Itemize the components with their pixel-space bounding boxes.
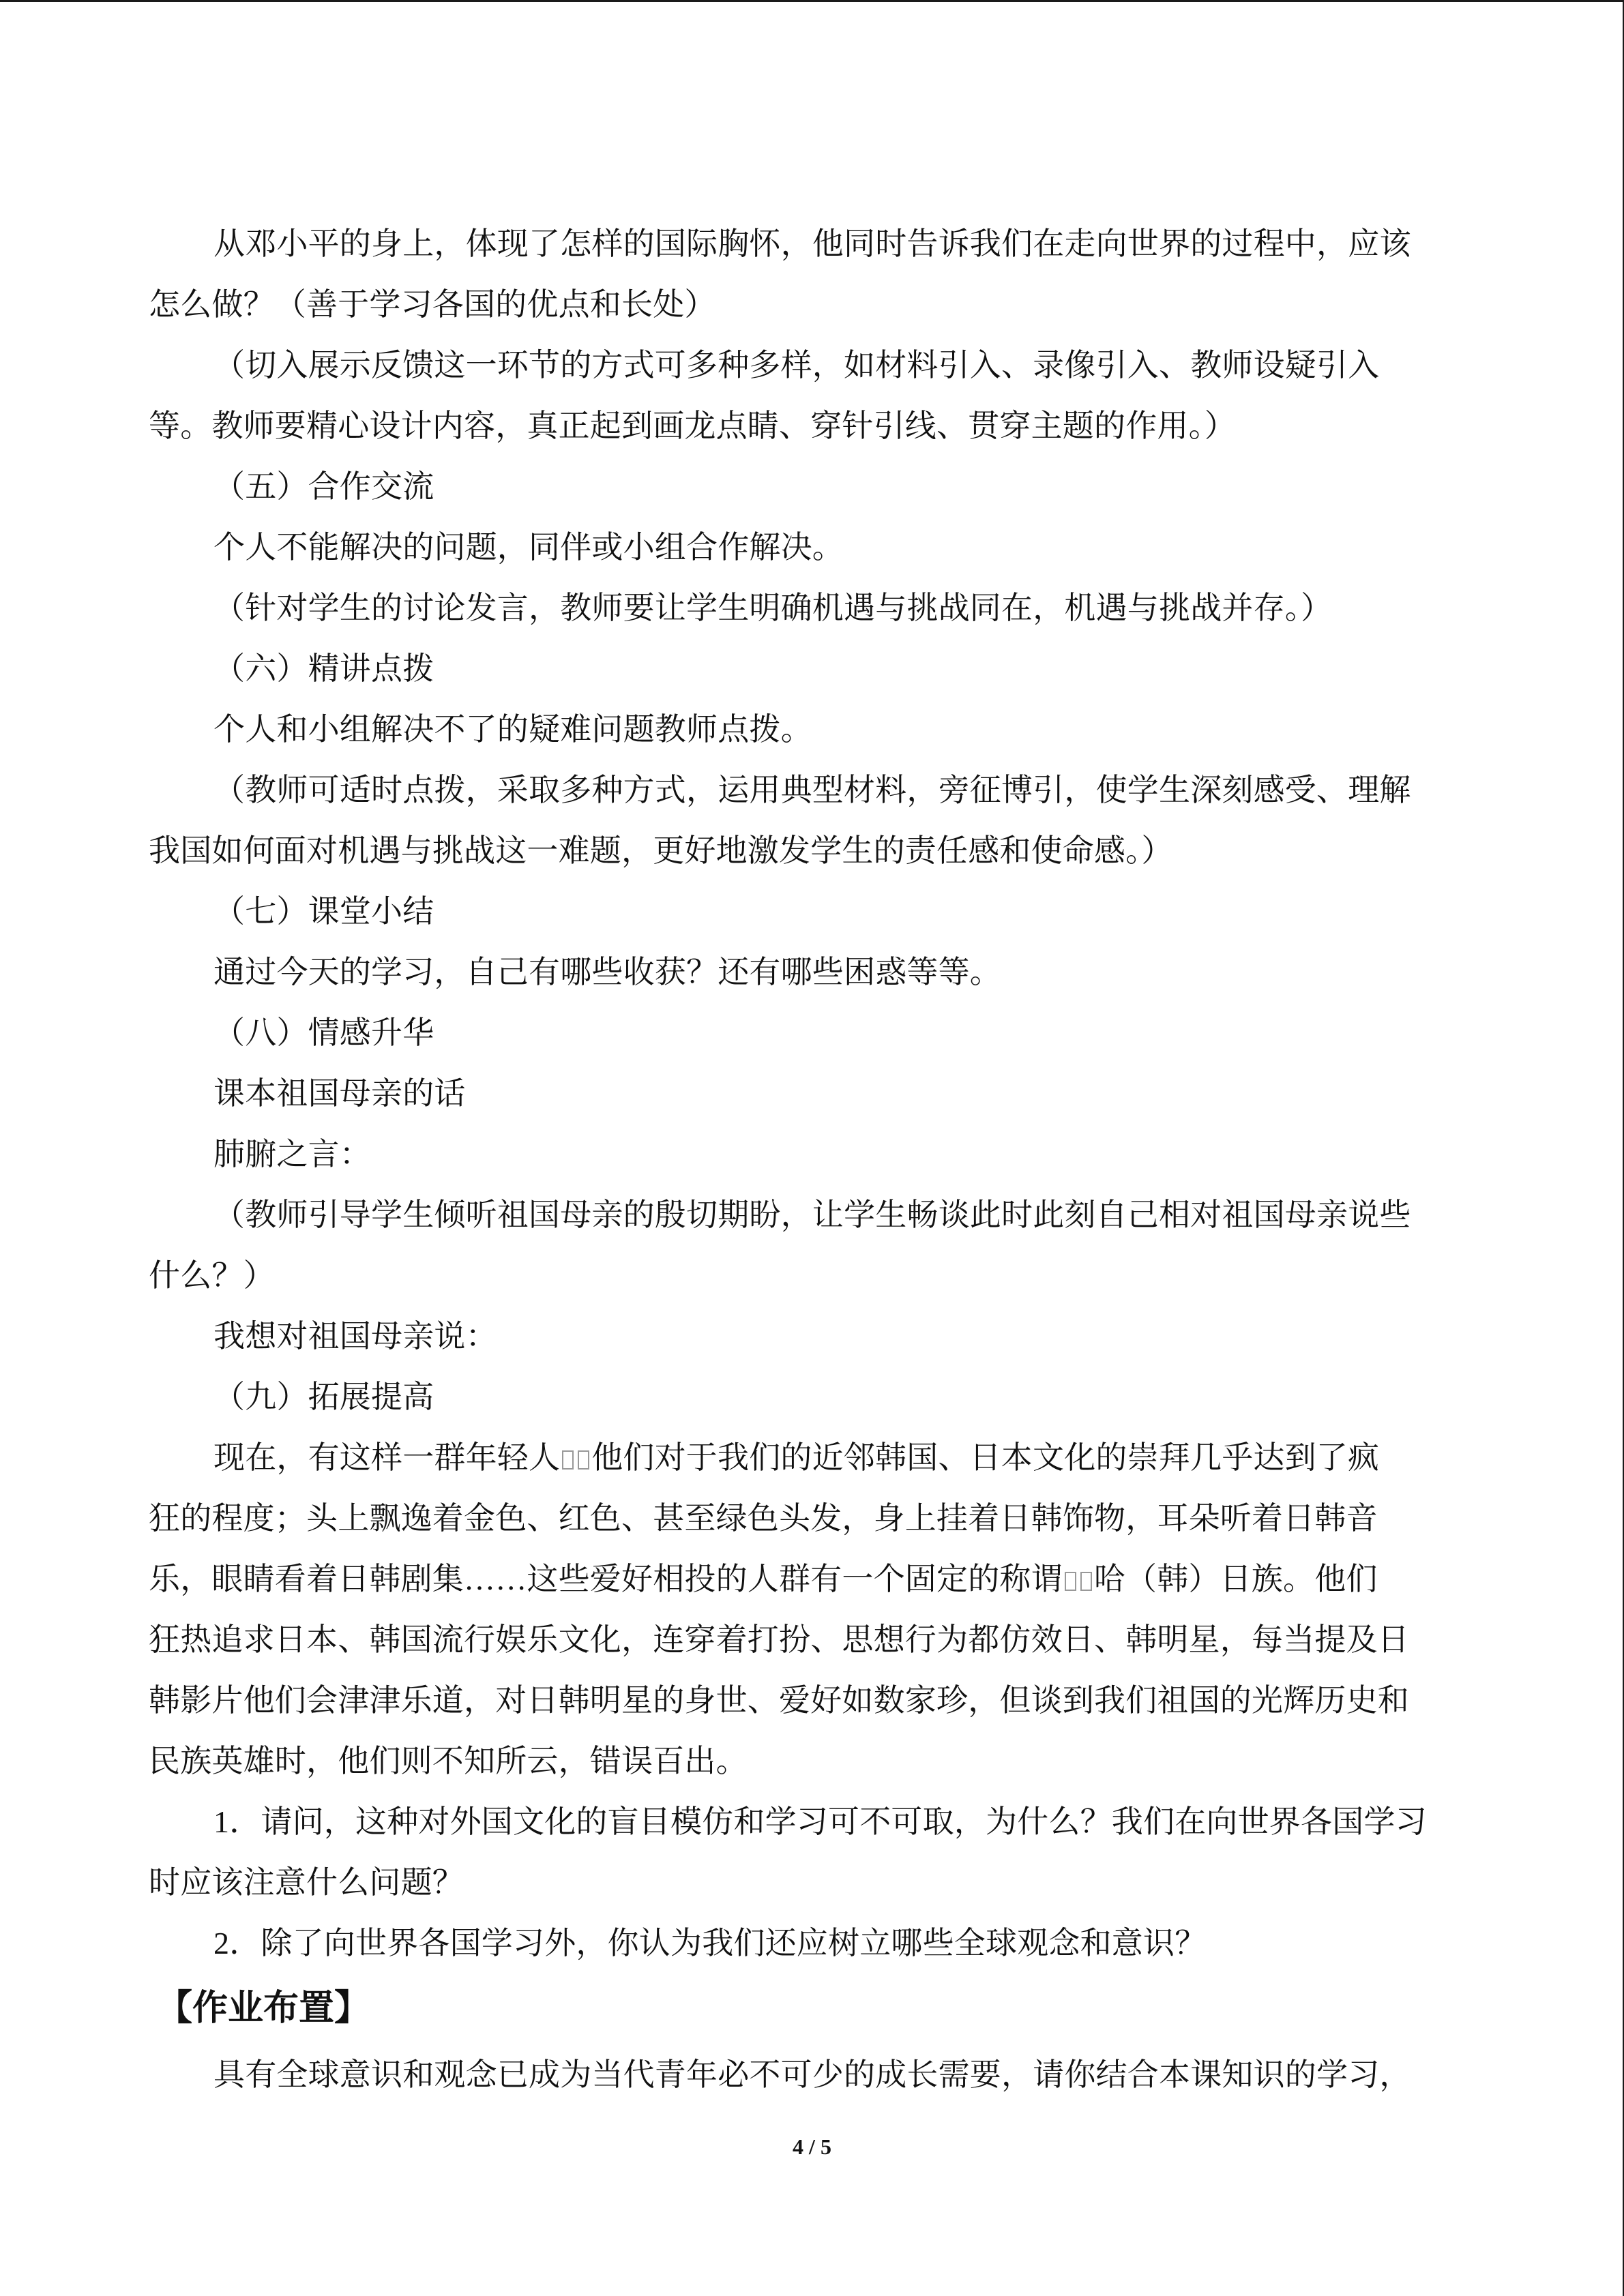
paragraph-line: 从邓小平的身上，体现了怎样的国际胸怀，他同时告诉我们在走向世界的过程中，应该 xyxy=(149,213,1458,274)
paragraph-line: （针对学生的讨论发言，教师要让学生明确机遇与挑战同在，机遇与挑战并存。） xyxy=(149,578,1458,638)
paragraph-line: 等。教师要精心设计内容，真正起到画龙点睛、穿针引线、贯穿主题的作用。） xyxy=(149,396,1458,456)
homework-heading: 【作业布置】 xyxy=(157,1978,1458,2040)
paragraph-line: 韩影片他们会津津乐道，对日韩明星的身世、爱好如数家珍，但谈到我们祖国的光辉历史和 xyxy=(149,1670,1458,1731)
paragraph-line: 民族英雄时，他们则不知所云，错误百出。 xyxy=(149,1731,1458,1791)
paragraph-line: （切入展示反馈这一环节的方式可多种多样，如材料引入、录像引入、教师设疑引入 xyxy=(149,335,1458,396)
step-heading-6: （六）精讲点拨 xyxy=(149,638,1458,699)
step-heading-8: （八）情感升华 xyxy=(149,1002,1458,1063)
missing-glyph-icon xyxy=(1080,1572,1092,1591)
page-number: 4 / 5 xyxy=(0,2134,1624,2160)
step-heading-5: （五）合作交流 xyxy=(149,456,1458,517)
text-run: 哈（韩）日族。他们 xyxy=(1094,1562,1378,1596)
paragraph-line: 个人和小组解决不了的疑难问题教师点拨。 xyxy=(149,699,1458,760)
question-1-cont: 时应该注意什么问题？ xyxy=(149,1852,1458,1913)
paragraph-line: 狂的程度；头上飘逸着金色、红色、甚至绿色头发，身上挂着日韩饰物，耳朵听着日韩音 xyxy=(149,1488,1458,1549)
paragraph-line: （教师可适时点拨，采取多种方式，运用典型材料，旁征博引，使学生深刻感受、理解 xyxy=(149,760,1458,820)
paragraph-line: 现在，有这样一群年轻人他们对于我们的近邻韩国、日本文化的崇拜几乎达到了疯 xyxy=(149,1427,1458,1488)
paragraph-line: 乐，眼睛看着日韩剧集……这些爱好相投的人群有一个固定的称谓哈（韩）日族。他们 xyxy=(149,1549,1458,1609)
document-page: 从邓小平的身上，体现了怎样的国际胸怀，他同时告诉我们在走向世界的过程中，应该 怎… xyxy=(149,213,1458,2105)
paragraph-line: 什么？） xyxy=(149,1245,1458,1306)
step-heading-7: （七）课堂小结 xyxy=(149,881,1458,942)
paragraph-line: （教师引导学生倾听祖国母亲的殷切期盼，让学生畅谈此时此刻自己相对祖国母亲说些 xyxy=(149,1184,1458,1245)
paragraph-line: 具有全球意识和观念已成为当代青年必不可少的成长需要，请你结合本课知识的学习， xyxy=(149,2044,1458,2105)
paragraph-line: 课本祖国母亲的话 xyxy=(149,1063,1458,1124)
paragraph-line: 我国如何面对机遇与挑战这一难题，更好地激发学生的责任感和使命感。） xyxy=(149,820,1458,881)
missing-glyph-icon xyxy=(578,1450,589,1470)
missing-glyph-icon xyxy=(562,1450,574,1470)
text-run: 他们对于我们的近邻韩国、日本文化的崇拜几乎达到了疯 xyxy=(591,1440,1379,1475)
page-top-border xyxy=(0,0,1624,2)
question-2: 2．除了向世界各国学习外，你认为我们还应树立哪些全球观念和意识？ xyxy=(149,1913,1458,1973)
missing-glyph-icon xyxy=(1065,1572,1076,1591)
paragraph-line: 我想对祖国母亲说： xyxy=(149,1306,1458,1367)
paragraph-line: 个人不能解决的问题，同伴或小组合作解决。 xyxy=(149,517,1458,578)
paragraph-line: 通过今天的学习，自己有哪些收获？还有哪些困惑等等。 xyxy=(149,942,1458,1002)
paragraph-line: 怎么做？（善于学习各国的优点和长处） xyxy=(149,274,1458,335)
text-run: 现在，有这样一群年轻人 xyxy=(213,1440,560,1475)
text-run: 乐，眼睛看着日韩剧集……这些爱好相投的人群有一个固定的称谓 xyxy=(149,1562,1063,1596)
question-1: 1．请问，这种对外国文化的盲目模仿和学习可不可取，为什么？我们在向世界各国学习 xyxy=(149,1791,1458,1852)
paragraph-line: 肺腑之言： xyxy=(149,1124,1458,1184)
paragraph-line: 狂热追求日本、韩国流行娱乐文化，连穿着打扮、思想行为都仿效日、韩明星，每当提及日 xyxy=(149,1609,1458,1670)
step-heading-9: （九）拓展提高 xyxy=(149,1367,1458,1427)
